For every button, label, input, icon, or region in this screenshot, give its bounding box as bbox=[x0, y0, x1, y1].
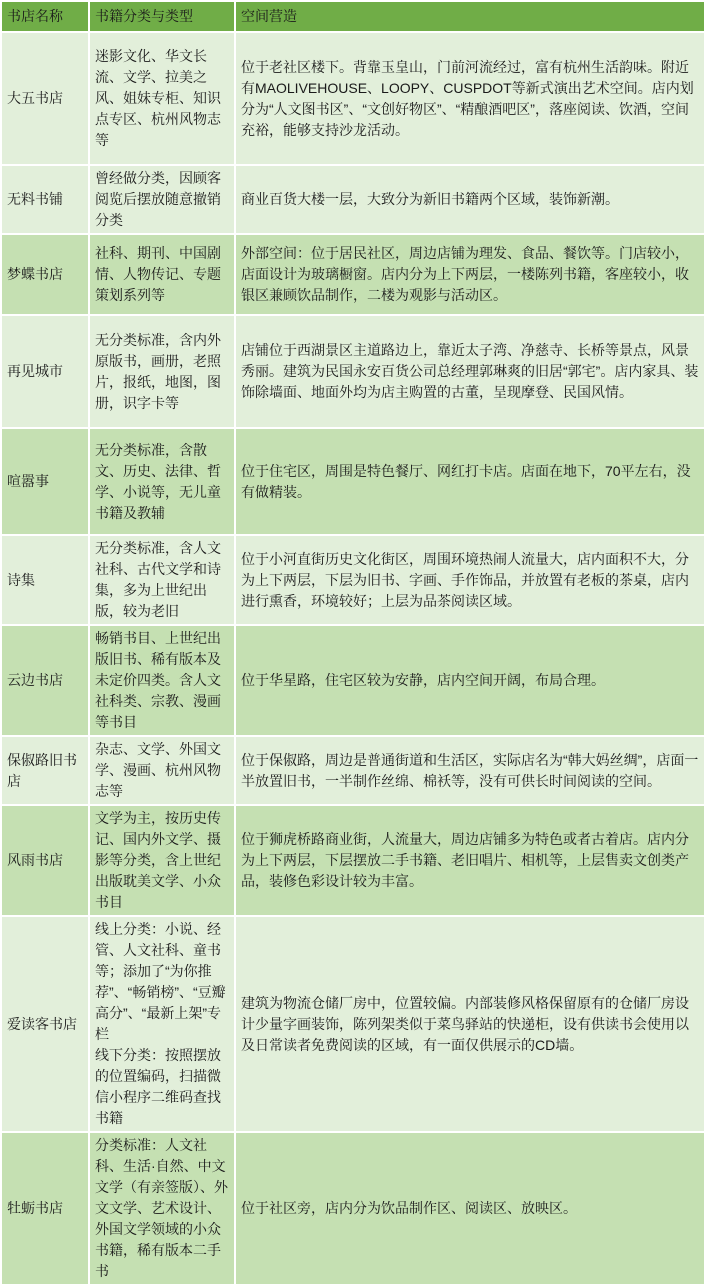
categories-cell: 分类标准：人文社科、生活·自然、中文文学（有亲签版）、外文文学、艺术设计、外国文… bbox=[89, 1132, 235, 1285]
space-cell: 外部空间：位于居民社区，周边店铺为理发、食品、餐饮等。门店较小，店面设计为玻璃橱… bbox=[235, 234, 704, 315]
categories-cell: 无分类标准，含人文社科、古代文学和诗集，多为上世纪出版，较为老旧 bbox=[89, 535, 235, 625]
store-name-cell: 大五书店 bbox=[1, 32, 89, 165]
table-row: 保俶路旧书店 杂志、文学、外国文学、漫画、杭州风物志等 位于保俶路，周边是普通街… bbox=[1, 736, 704, 805]
table-row: 梦蝶书店 社科、期刊、中国剧情、人物传记、专题策划系列等 外部空间：位于居民社区… bbox=[1, 234, 704, 315]
table-row: 大五书店 迷影文化、华文长流、文学、拉美之风、姐妹专柜、知识点专区、杭州风物志等… bbox=[1, 32, 704, 165]
space-cell: 位于华星路，住宅区较为安静，店内空间开阔，布局合理。 bbox=[235, 625, 704, 736]
categories-cell: 曾经做分类，因顾客阅览后摆放随意撤销分类 bbox=[89, 165, 235, 234]
store-name-cell: 牡蛎书店 bbox=[1, 1132, 89, 1285]
space-cell: 位于保俶路，周边是普通街道和生活区，实际店名为“韩大妈丝绸”，店面一半放置旧书，… bbox=[235, 736, 704, 805]
bookstore-comparison-table: 书店名称 书籍分类与类型 空间营造 大五书店 迷影文化、华文长流、文学、拉美之风… bbox=[0, 0, 704, 1286]
store-name-cell: 云边书店 bbox=[1, 625, 89, 736]
store-name-cell: 诗集 bbox=[1, 535, 89, 625]
categories-cell: 线上分类：小说、经管、人文社科、童书等；添加了“为你推荐”、“畅销榜”、“豆瓣高… bbox=[89, 916, 235, 1132]
store-name-cell: 爱读客书店 bbox=[1, 916, 89, 1132]
categories-cell: 杂志、文学、外国文学、漫画、杭州风物志等 bbox=[89, 736, 235, 805]
space-cell: 店铺位于西湖景区主道路边上，靠近太子湾、净慈寺、长桥等景点，风景秀丽。建筑为民国… bbox=[235, 315, 704, 428]
store-name-cell: 保俶路旧书店 bbox=[1, 736, 89, 805]
categories-cell: 社科、期刊、中国剧情、人物传记、专题策划系列等 bbox=[89, 234, 235, 315]
table-row: 云边书店 畅销书目、上世纪出版旧书、稀有版本及未定价四类。含人文社科类、宗教、漫… bbox=[1, 625, 704, 736]
store-name-cell: 喧嚣事 bbox=[1, 428, 89, 535]
store-name-cell: 再见城市 bbox=[1, 315, 89, 428]
categories-cell: 无分类标准，含内外原版书，画册，老照片，报纸，地图，图册，识字卡等 bbox=[89, 315, 235, 428]
table-row: 无料书铺 曾经做分类，因顾客阅览后摆放随意撤销分类 商业百货大楼一层，大致分为新… bbox=[1, 165, 704, 234]
store-name-cell: 无料书铺 bbox=[1, 165, 89, 234]
table-header-row: 书店名称 书籍分类与类型 空间营造 bbox=[1, 1, 704, 32]
space-cell: 位于小河直街历史文化街区，周围环境热闹人流量大，店内面积不大，分为上下两层，下层… bbox=[235, 535, 704, 625]
table-row: 爱读客书店 线上分类：小说、经管、人文社科、童书等；添加了“为你推荐”、“畅销榜… bbox=[1, 916, 704, 1132]
store-name-cell: 梦蝶书店 bbox=[1, 234, 89, 315]
space-cell: 位于社区旁，店内分为饮品制作区、阅读区、放映区。 bbox=[235, 1132, 704, 1285]
categories-cell: 无分类标准，含散文、历史、法律、哲学、小说等，无儿童书籍及教辅 bbox=[89, 428, 235, 535]
space-cell: 位于住宅区，周围是特色餐厅、网红打卡店。店面在地下，70平左右，没有做精装。 bbox=[235, 428, 704, 535]
categories-cell: 文学为主，按历史传记、国内外文学、摄影等分类，含上世纪出版耽美文学、小众书目 bbox=[89, 805, 235, 916]
categories-cell: 畅销书目、上世纪出版旧书、稀有版本及未定价四类。含人文社科类、宗教、漫画等书目 bbox=[89, 625, 235, 736]
space-cell: 位于狮虎桥路商业街，人流量大，周边店铺多为特色或者古着店。店内分为上下两层，下层… bbox=[235, 805, 704, 916]
header-cell-space: 空间营造 bbox=[235, 1, 704, 32]
table-row: 再见城市 无分类标准，含内外原版书，画册，老照片，报纸，地图，图册，识字卡等 店… bbox=[1, 315, 704, 428]
space-cell: 位于老社区楼下。背靠玉皇山，门前河流经过，富有杭州生活韵味。附近有MAOLIVE… bbox=[235, 32, 704, 165]
table-row: 诗集 无分类标准，含人文社科、古代文学和诗集，多为上世纪出版，较为老旧 位于小河… bbox=[1, 535, 704, 625]
table-row: 牡蛎书店 分类标准：人文社科、生活·自然、中文文学（有亲签版）、外文文学、艺术设… bbox=[1, 1132, 704, 1285]
header-cell-categories: 书籍分类与类型 bbox=[89, 1, 235, 32]
table-row: 喧嚣事 无分类标准，含散文、历史、法律、哲学、小说等，无儿童书籍及教辅 位于住宅… bbox=[1, 428, 704, 535]
space-cell: 建筑为物流仓储厂房中，位置较偏。内部装修风格保留原有的仓储厂房设计少量字画装饰，… bbox=[235, 916, 704, 1132]
categories-cell: 迷影文化、华文长流、文学、拉美之风、姐妹专柜、知识点专区、杭州风物志等 bbox=[89, 32, 235, 165]
space-cell: 商业百货大楼一层，大致分为新旧书籍两个区域，装饰新潮。 bbox=[235, 165, 704, 234]
header-cell-store-name: 书店名称 bbox=[1, 1, 89, 32]
store-name-cell: 风雨书店 bbox=[1, 805, 89, 916]
table-row: 风雨书店 文学为主，按历史传记、国内外文学、摄影等分类，含上世纪出版耽美文学、小… bbox=[1, 805, 704, 916]
